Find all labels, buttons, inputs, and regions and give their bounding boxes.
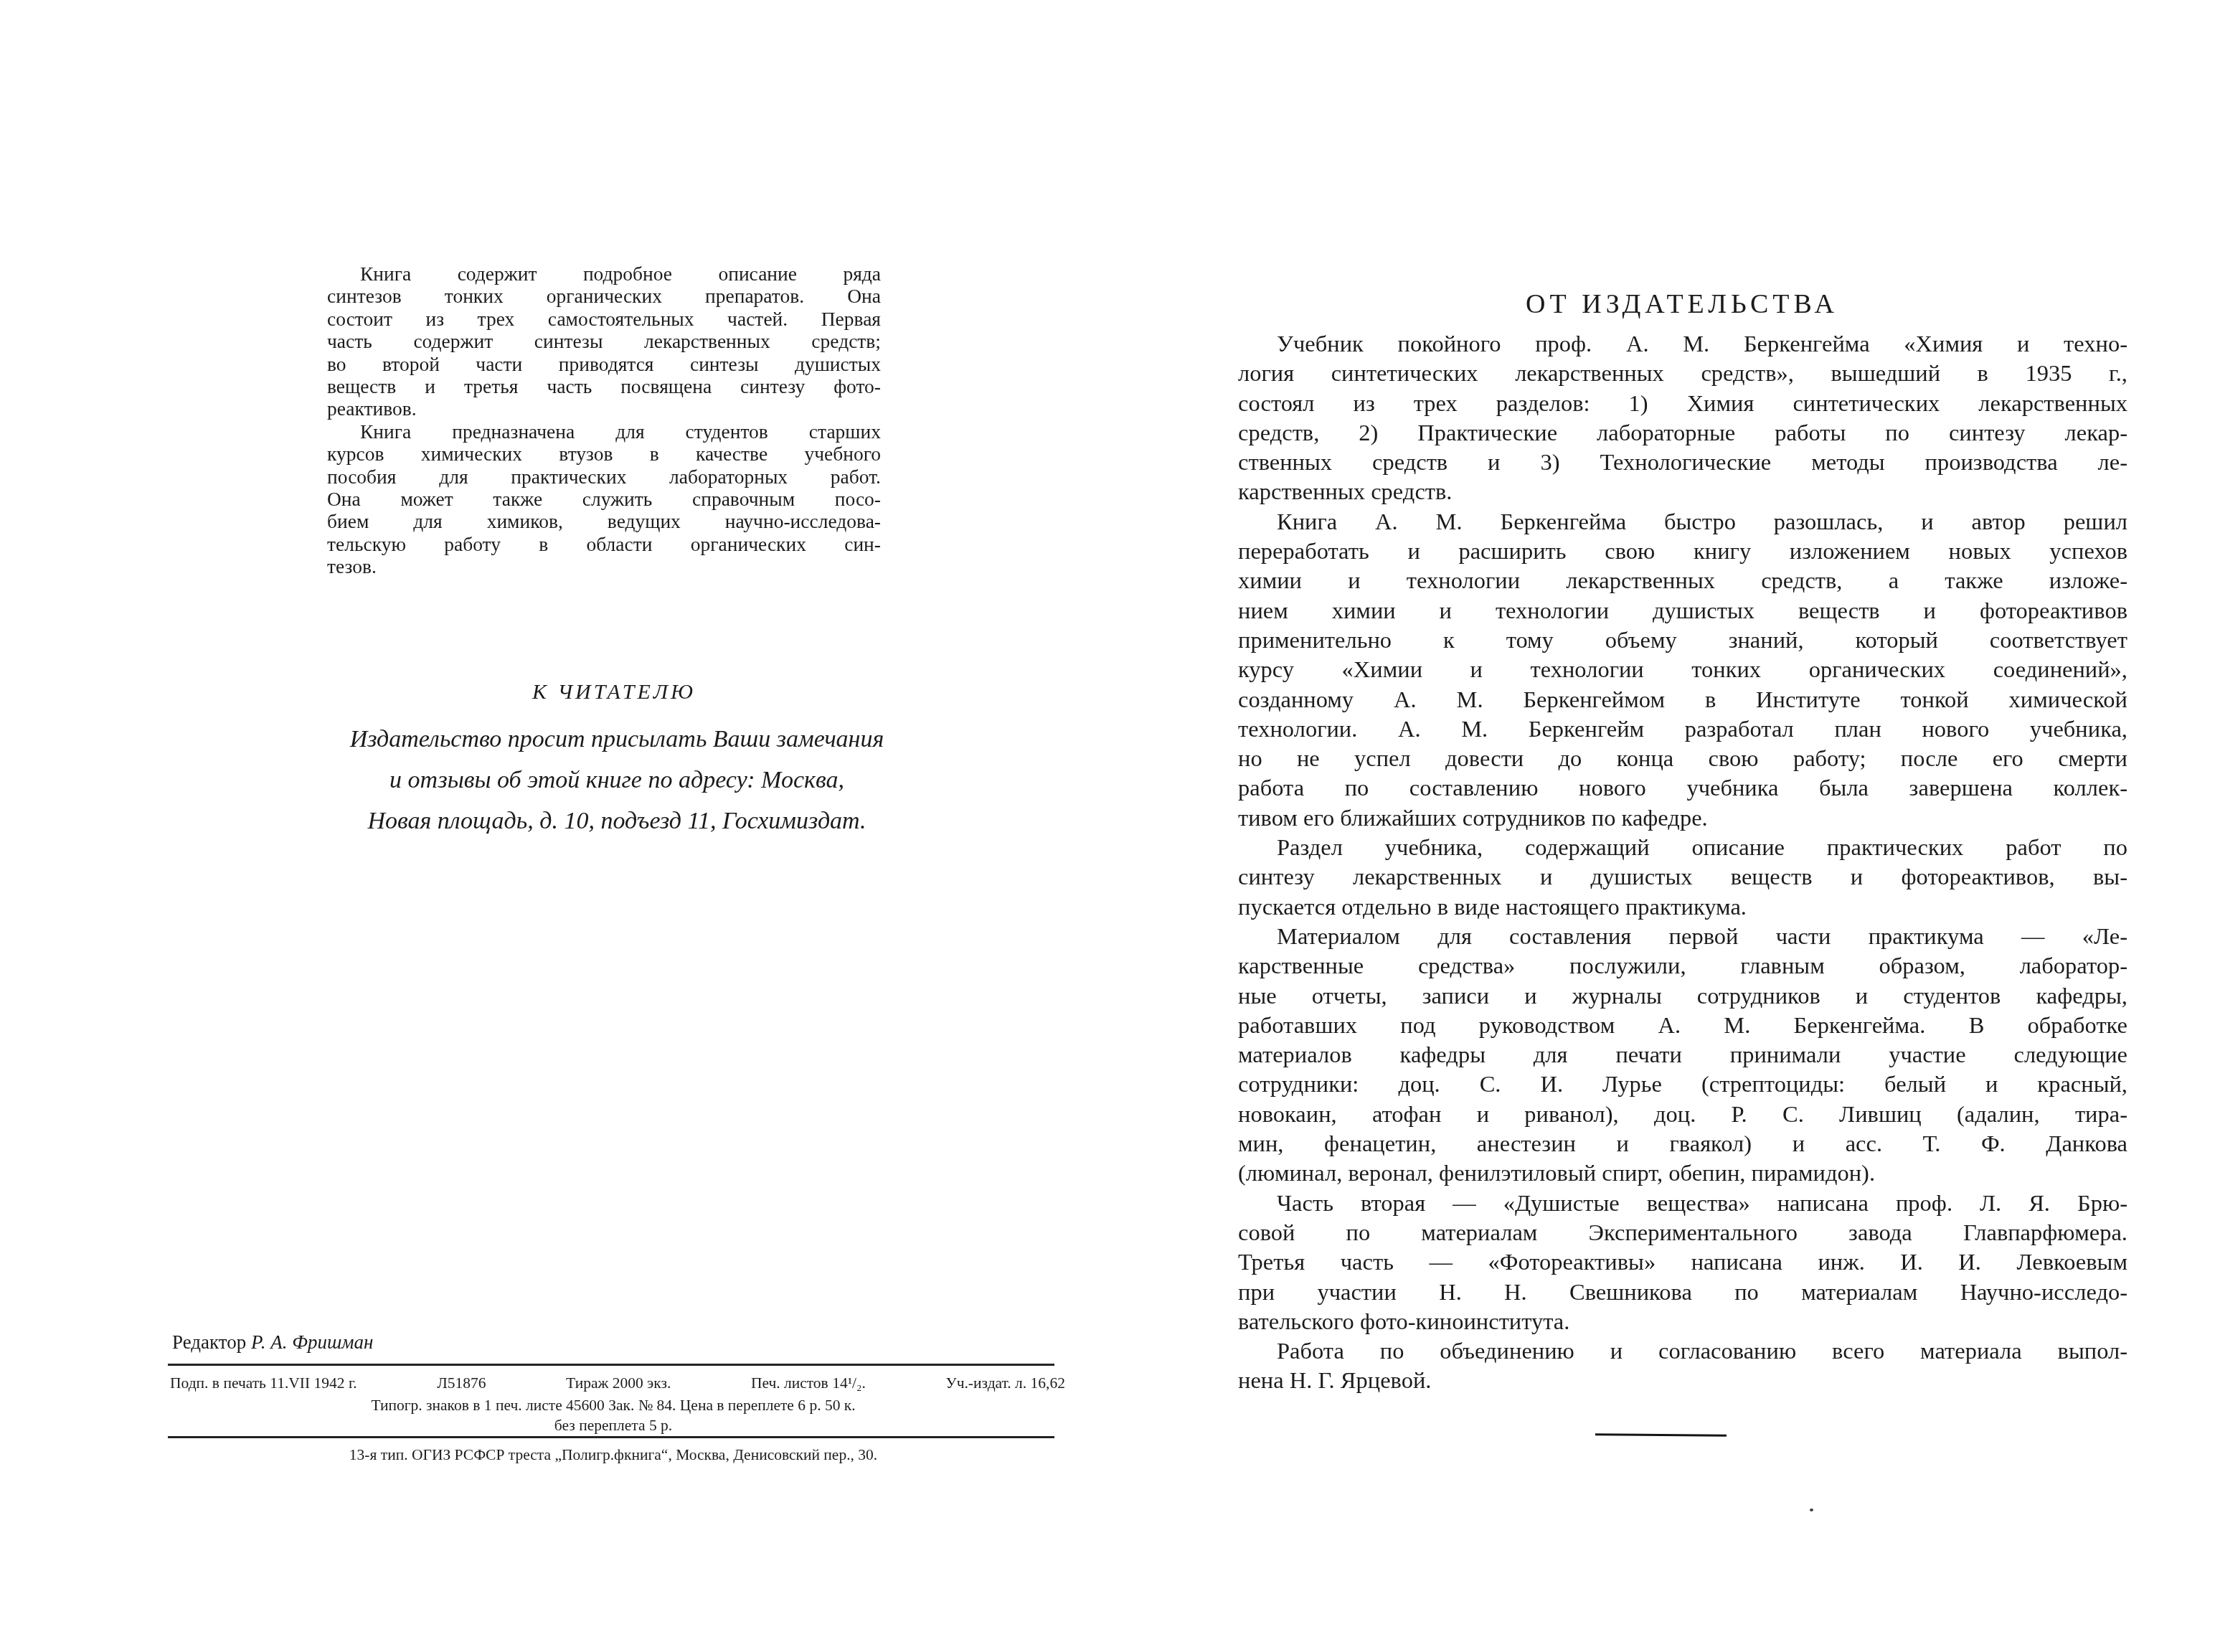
editor-label: Редактор <box>172 1331 246 1353</box>
to-reader-heading: К ЧИТАТЕЛЮ <box>327 680 901 704</box>
imprint-price-line: Типогр. знаков в 1 печ. листе 45600 Зак.… <box>172 1397 1054 1415</box>
text-line: нием химии и технологии душистых веществ… <box>1238 597 2127 626</box>
text-line: тивом его ближайших сотрудников по кафед… <box>1238 804 2127 834</box>
text-line: и отзывы об этой книге по адресу: Москва… <box>230 760 1004 801</box>
text-line: технологии. А. М. Беркенгейм разработал … <box>1238 715 2127 745</box>
text-line: Издательство просит присылать Ваши замеч… <box>230 719 1004 760</box>
text-line: Книга предназначена для студентов старши… <box>327 420 881 443</box>
text-line: пособия для практических лабораторных ра… <box>327 466 881 488</box>
text-line: Раздел учебника, содержащий описание пра… <box>1238 834 2127 863</box>
text-line: синтезу лекарственных и душистых веществ… <box>1238 863 2127 892</box>
text-line: новокаин, атофан и риванол), доц. Р. С. … <box>1238 1100 2127 1130</box>
text-line: совой по материалам Экспериментального з… <box>1238 1219 2127 1248</box>
text-line: логия синтетических лекарственных средст… <box>1238 359 2127 389</box>
text-line: синтезов тонких органических препаратов.… <box>327 285 881 307</box>
text-line: пускается отдельно в виде настоящего пра… <box>1238 893 2127 922</box>
text-line: вательского фото-киноинститута. <box>1238 1308 2127 1337</box>
scan-speck <box>1810 1509 1813 1511</box>
paragraph: Книга предназначена для студентов старши… <box>327 420 881 578</box>
text-line: состоял из трех разделов: 1) Химия синте… <box>1238 390 2127 419</box>
text-line: нена Н. Г. Ярцевой. <box>1238 1367 2127 1396</box>
text-line: часть содержит синтезы лекарственных сре… <box>327 330 881 352</box>
book-spread: Книга содержит подробное описание рядаси… <box>0 0 2215 1652</box>
paragraph: Раздел учебника, содержащий описание пра… <box>1238 834 2127 922</box>
imprint-print-data-row: Подп. в печать 11.VII 1942 г.Л51876Тираж… <box>170 1374 1065 1392</box>
text-line: тельскую работу в области органических с… <box>327 533 881 555</box>
text-line: мин, фенацетин, анестезин и гваякол) и а… <box>1238 1130 2127 1159</box>
text-line: ственных средств и 3) Технологические ме… <box>1238 448 2127 478</box>
text-line: созданному А. М. Беркенгеймом в Институт… <box>1238 686 2127 715</box>
text-line: Книга А. М. Беркенгейма быстро разошлась… <box>1238 508 2127 537</box>
text-line: бием для химиков, ведущих научно-исследо… <box>327 510 881 532</box>
text-line: переработать и расширить свою книгу изло… <box>1238 537 2127 567</box>
text-line: реактивов. <box>327 397 881 420</box>
paragraph: Книга А. М. Беркенгейма быстро разошлась… <box>1238 508 2127 834</box>
text-line: Она может также служить справочным посо- <box>327 488 881 510</box>
paragraph: Учебник покойного проф. А. М. Беркенгейм… <box>1238 330 2127 508</box>
annotation-block: Книга содержит подробное описание рядаси… <box>327 263 881 578</box>
from-publisher-heading: ОТ ИЗДАТЕЛЬСТВА <box>1238 288 2126 320</box>
text-line: применительно к тому объему знаний, кото… <box>1238 626 2127 656</box>
paragraph: Работа по объединению и согласованию все… <box>1238 1337 2127 1397</box>
text-line: карственных средств. <box>1238 478 2127 507</box>
text-line: сотрудники: доц. С. И. Лурье (стрептоцид… <box>1238 1070 2127 1100</box>
text-line: Книга содержит подробное описание ряда <box>327 263 881 285</box>
editor-line: Редактор Р. А. Фришман <box>172 1331 373 1354</box>
text-line: во второй части приводятся синтезы душис… <box>327 353 881 375</box>
paragraph: Материалом для составления первой части … <box>1238 922 2127 1189</box>
text-line: (люминал, веронал, фенилэтиловый спирт, … <box>1238 1159 2127 1189</box>
text-line: Третья часть — «Фотореактивы» написана и… <box>1238 1248 2127 1278</box>
imprint-rule-bottom <box>168 1436 1054 1438</box>
text-line: работа по составлению нового учебника бы… <box>1238 774 2127 803</box>
text-line: Новая площадь, д. 10, подъезд 11, Госхим… <box>230 801 1004 841</box>
editor-name: Р. А. Фришман <box>251 1331 374 1353</box>
text-line: но не успел довести до конца свою работу… <box>1238 745 2127 774</box>
text-line: веществ и третья часть посвящена синтезу… <box>327 375 881 397</box>
imprint-segment: Уч.-издат. л. 16,62 <box>945 1374 1065 1392</box>
text-line: Материалом для составления первой части … <box>1238 922 2127 952</box>
imprint-segment: Тираж 2000 экз. <box>566 1374 671 1392</box>
imprint-segment: Подп. в печать 11.VII 1942 г. <box>170 1374 357 1392</box>
end-of-text-rule <box>1595 1433 1727 1437</box>
text-line: тезов. <box>327 555 881 577</box>
text-line: средств, 2) Практические лабораторные ра… <box>1238 419 2127 448</box>
text-line: Часть вторая — «Душистые вещества» напис… <box>1238 1189 2127 1219</box>
text-line: Работа по объединению и согласованию все… <box>1238 1337 2127 1367</box>
imprint-segment: Л51876 <box>437 1374 486 1392</box>
text-line: химии и технологии лекарственных средств… <box>1238 567 2127 596</box>
text-line: материалов кафедры для печати принимали … <box>1238 1041 2127 1070</box>
imprint-unbound-price-line: без переплета 5 р. <box>172 1417 1054 1435</box>
text-line: при участии Н. Н. Свешникова по материал… <box>1238 1278 2127 1308</box>
paragraph: Часть вторая — «Душистые вещества» напис… <box>1238 1189 2127 1337</box>
text-line: курсов химических втузов в качестве учеб… <box>327 443 881 465</box>
publisher-address-note: Издательство просит присылать Ваши замеч… <box>230 719 1004 841</box>
imprint-segment: Печ. листов 14¹/₂. <box>751 1374 866 1392</box>
text-line: работавших под руководством А. М. Беркен… <box>1238 1011 2127 1041</box>
from-publisher-body: Учебник покойного проф. А. М. Беркенгейм… <box>1238 330 2127 1397</box>
text-line: курсу «Химии и технологии тонких органич… <box>1238 656 2127 685</box>
text-line: состоит из трех самостоятельных частей. … <box>327 308 881 330</box>
text-line: ные отчеты, записи и журналы сотрудников… <box>1238 982 2127 1011</box>
imprint-typography-line: 13-я тип. ОГИЗ РСФСР треста „Полигр.фкни… <box>172 1446 1054 1464</box>
text-line: Учебник покойного проф. А. М. Беркенгейм… <box>1238 330 2127 359</box>
text-line: карственные средства» послужили, главным… <box>1238 952 2127 981</box>
paragraph: Книга содержит подробное описание рядаси… <box>327 263 881 420</box>
imprint-rule-top <box>168 1364 1054 1366</box>
